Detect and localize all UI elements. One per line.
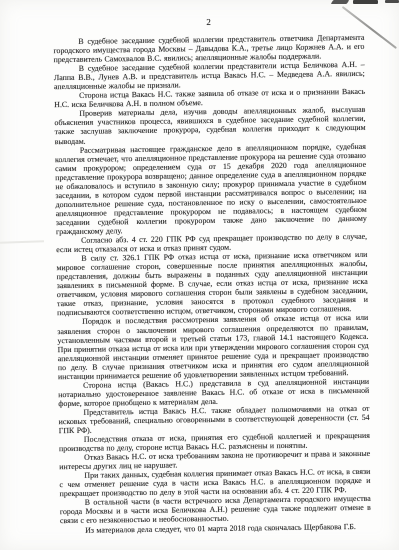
document-page: 2 В судебное заседание судебной коллегии… (0, 0, 399, 550)
paragraph: В остальной части (в части встречного ис… (60, 494, 371, 525)
paragraph: Сторона истца (Вакась Н.С.) представила … (58, 377, 369, 408)
page-number: 2 (53, 15, 364, 30)
paragraph: В силу ст. 326.1 ГПК РФ отказ истца от и… (56, 250, 368, 318)
scan-smudge-mark (0, 240, 44, 244)
paragraph: Порядок и последствия рассмотрения заявл… (57, 313, 369, 381)
paragraph: Рассматривая настоящее гражданское дело … (55, 141, 367, 236)
cropped-stamp-fragment-icon (385, 0, 399, 3)
paragraph: В судебное заседание судебной коллегии п… (54, 60, 365, 91)
cropped-stamp-fragment-icon (353, 0, 378, 4)
paragraph: Представитель истца Вакась Н.С. также об… (58, 404, 369, 435)
paragraph: При таких данных, судебная коллегия прин… (59, 467, 370, 498)
paragraph: В судебное заседание судебной коллегии п… (53, 33, 364, 64)
page-content: 2 В судебное заседание судебной коллегии… (53, 15, 371, 535)
paragraph: Проверив материалы дела, изучив доводы а… (54, 105, 365, 146)
cropped-stamp-fragment-icon (331, 0, 349, 4)
